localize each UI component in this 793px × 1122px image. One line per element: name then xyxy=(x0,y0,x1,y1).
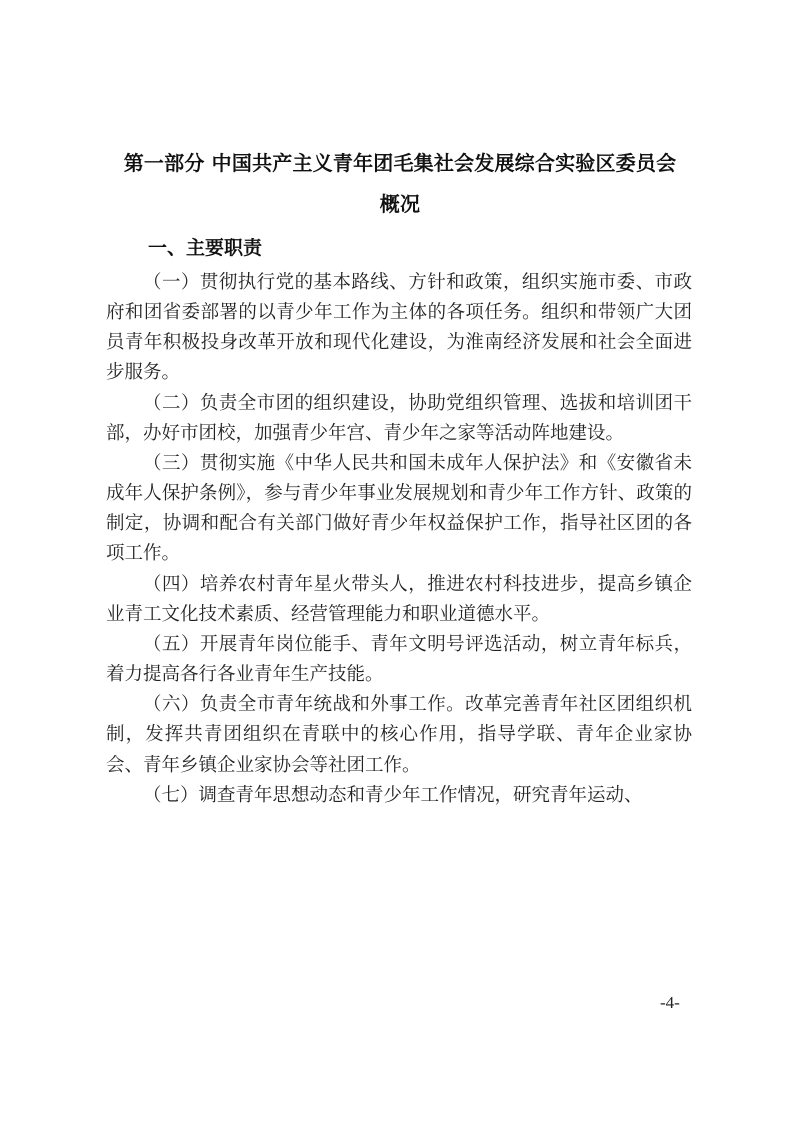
paragraph-6: （六）负责全市青年统战和外事工作。改革完善青年社区团组织机制，发挥共青团组织在青… xyxy=(106,690,692,780)
document-title-line-2: 概况 xyxy=(100,188,700,217)
document-page: 第一部分 中国共产主义青年团毛集社会发展综合实验区委员会 概况 一、主要职责 （… xyxy=(0,0,793,1122)
paragraph-1: （一）贯彻执行党的基本路线、方针和政策，组织实施市委、市政府和团省委部署的以青少… xyxy=(106,268,692,389)
document-title-line-1: 第一部分 中国共产主义青年团毛集社会发展综合实验区委员会 xyxy=(100,147,700,176)
paragraph-5: （五）开展青年岗位能手、青年文明号评选活动，树立青年标兵，着力提高各行各业青年生… xyxy=(106,630,692,690)
body-text: （一）贯彻执行党的基本路线、方针和政策，组织实施市委、市政府和团省委部署的以青少… xyxy=(106,268,692,811)
paragraph-3: （三）贯彻实施《中华人民共和国未成年人保护法》和《安徽省未成年人保护条例》，参与… xyxy=(106,449,692,570)
page-number: -4- xyxy=(660,993,680,1013)
paragraph-2: （二）负责全市团的组织建设，协助党组织管理、选拔和培训团干部，办好市团校，加强青… xyxy=(106,389,692,449)
paragraph-7: （七）调查青年思想动态和青少年工作情况，研究青年运动、 xyxy=(106,781,692,811)
section-heading: 一、主要职责 xyxy=(148,233,262,260)
paragraph-4: （四）培养农村青年星火带头人，推进农村科技进步，提高乡镇企业青工文化技术素质、经… xyxy=(106,570,692,630)
